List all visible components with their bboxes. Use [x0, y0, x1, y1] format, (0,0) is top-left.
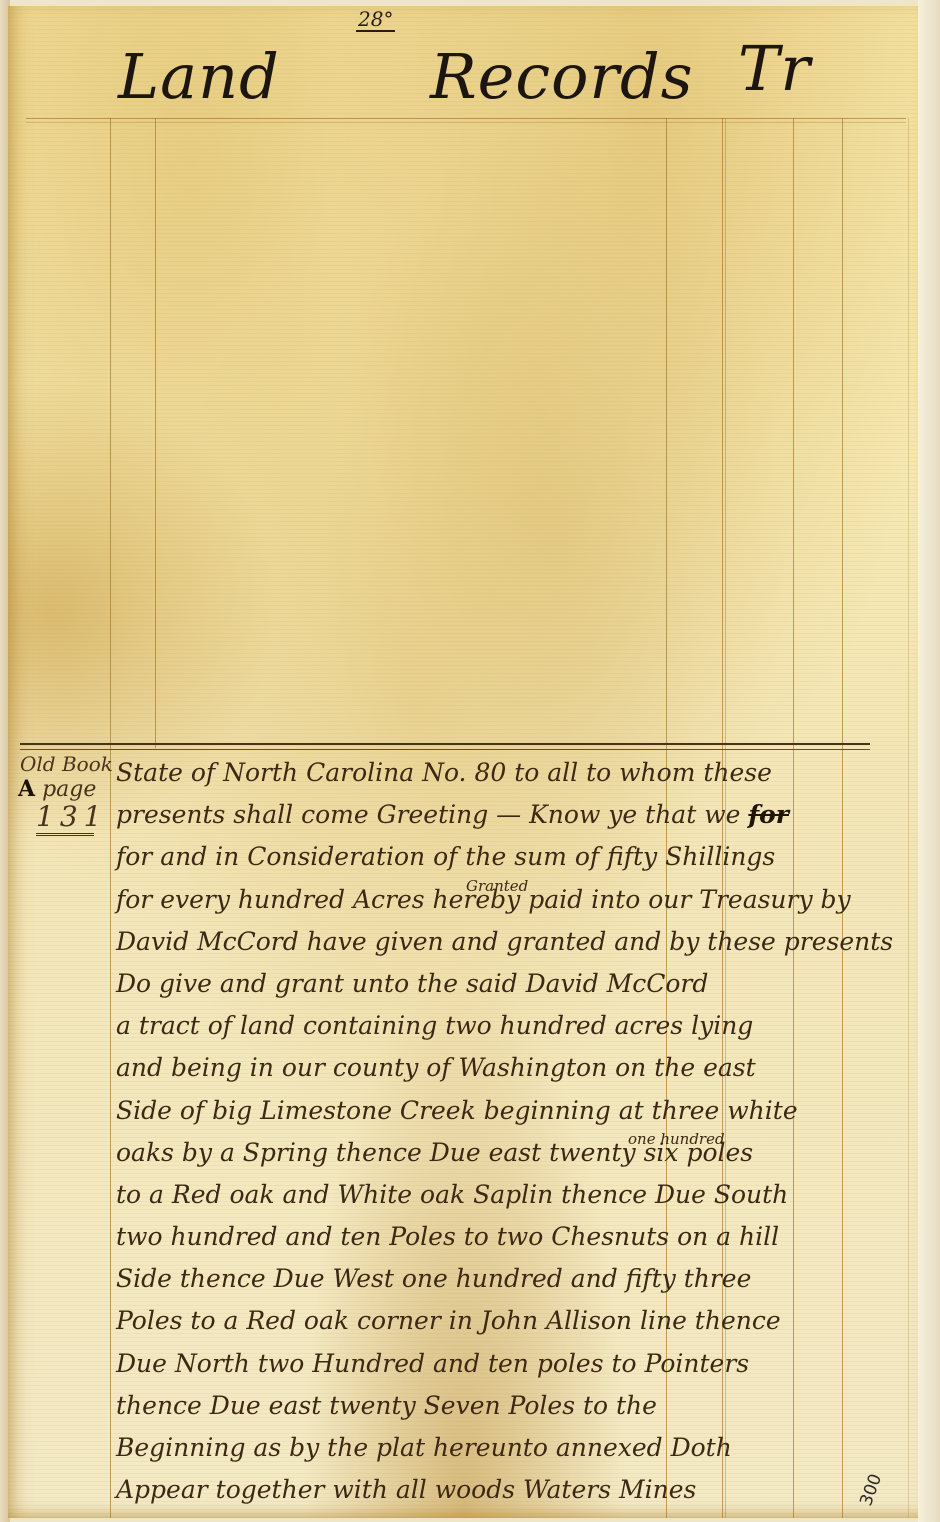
deed-line: Appear together with all woods Waters Mi…: [116, 1469, 916, 1511]
heading-tr: Tr: [738, 32, 811, 105]
heading-records: Records: [430, 40, 694, 113]
deed-line: David McCord have given and granted and …: [116, 921, 916, 963]
deed-line: one hundredoaks by a Spring thence Due e…: [116, 1132, 916, 1174]
heading-land: Land: [118, 40, 280, 113]
deed-line: Side thence Due West one hundred and fif…: [116, 1258, 916, 1300]
deed-line: Grantedfor every hundred Acres hereby pa…: [116, 879, 916, 921]
folio-number: 28°: [356, 8, 395, 32]
deed-text: State of North Carolina No. 80 to all to…: [116, 752, 916, 1511]
old-book-label: Old Book: [20, 752, 118, 776]
deed-line: and being in our county of Washington on…: [116, 1047, 916, 1089]
deed-line: Due North two Hundred and ten poles to P…: [116, 1343, 916, 1385]
deed-line: thence Due east twenty Seven Poles to th…: [116, 1385, 916, 1427]
page-label: page: [42, 777, 96, 802]
old-page-number: 131: [36, 800, 94, 836]
column-rule: [155, 118, 156, 748]
header-rule-2: [26, 122, 906, 123]
deed-line: Poles to a Red oak corner in John Alliso…: [116, 1300, 916, 1342]
struck-word: for: [748, 800, 789, 829]
section-divider: [20, 743, 870, 750]
interlinear-insertion: one hundred: [628, 1118, 725, 1160]
deed-line: Beginning as by the plat hereunto annexe…: [116, 1427, 916, 1469]
header-rule: [26, 118, 906, 119]
interlinear-insertion: Granted: [466, 865, 528, 907]
deed-line: Side of big Limestone Creek beginning at…: [116, 1090, 916, 1132]
deed-line: presents shall come Greeting — Know ye t…: [116, 794, 916, 836]
volume-page-label: A page: [18, 776, 118, 802]
deed-line: State of North Carolina No. 80 to all to…: [116, 752, 916, 794]
deed-line: a tract of land containing two hundred a…: [116, 1005, 916, 1047]
margin-reference: Old Book A page 131: [18, 752, 118, 836]
deed-line: Do give and grant unto the said David Mc…: [116, 963, 916, 1005]
deed-line: two hundred and ten Poles to two Chesnut…: [116, 1216, 916, 1258]
volume-letter: A: [18, 776, 35, 802]
page-right-edge: [918, 0, 940, 1522]
deed-line: to a Red oak and White oak Saplin thence…: [116, 1174, 916, 1216]
